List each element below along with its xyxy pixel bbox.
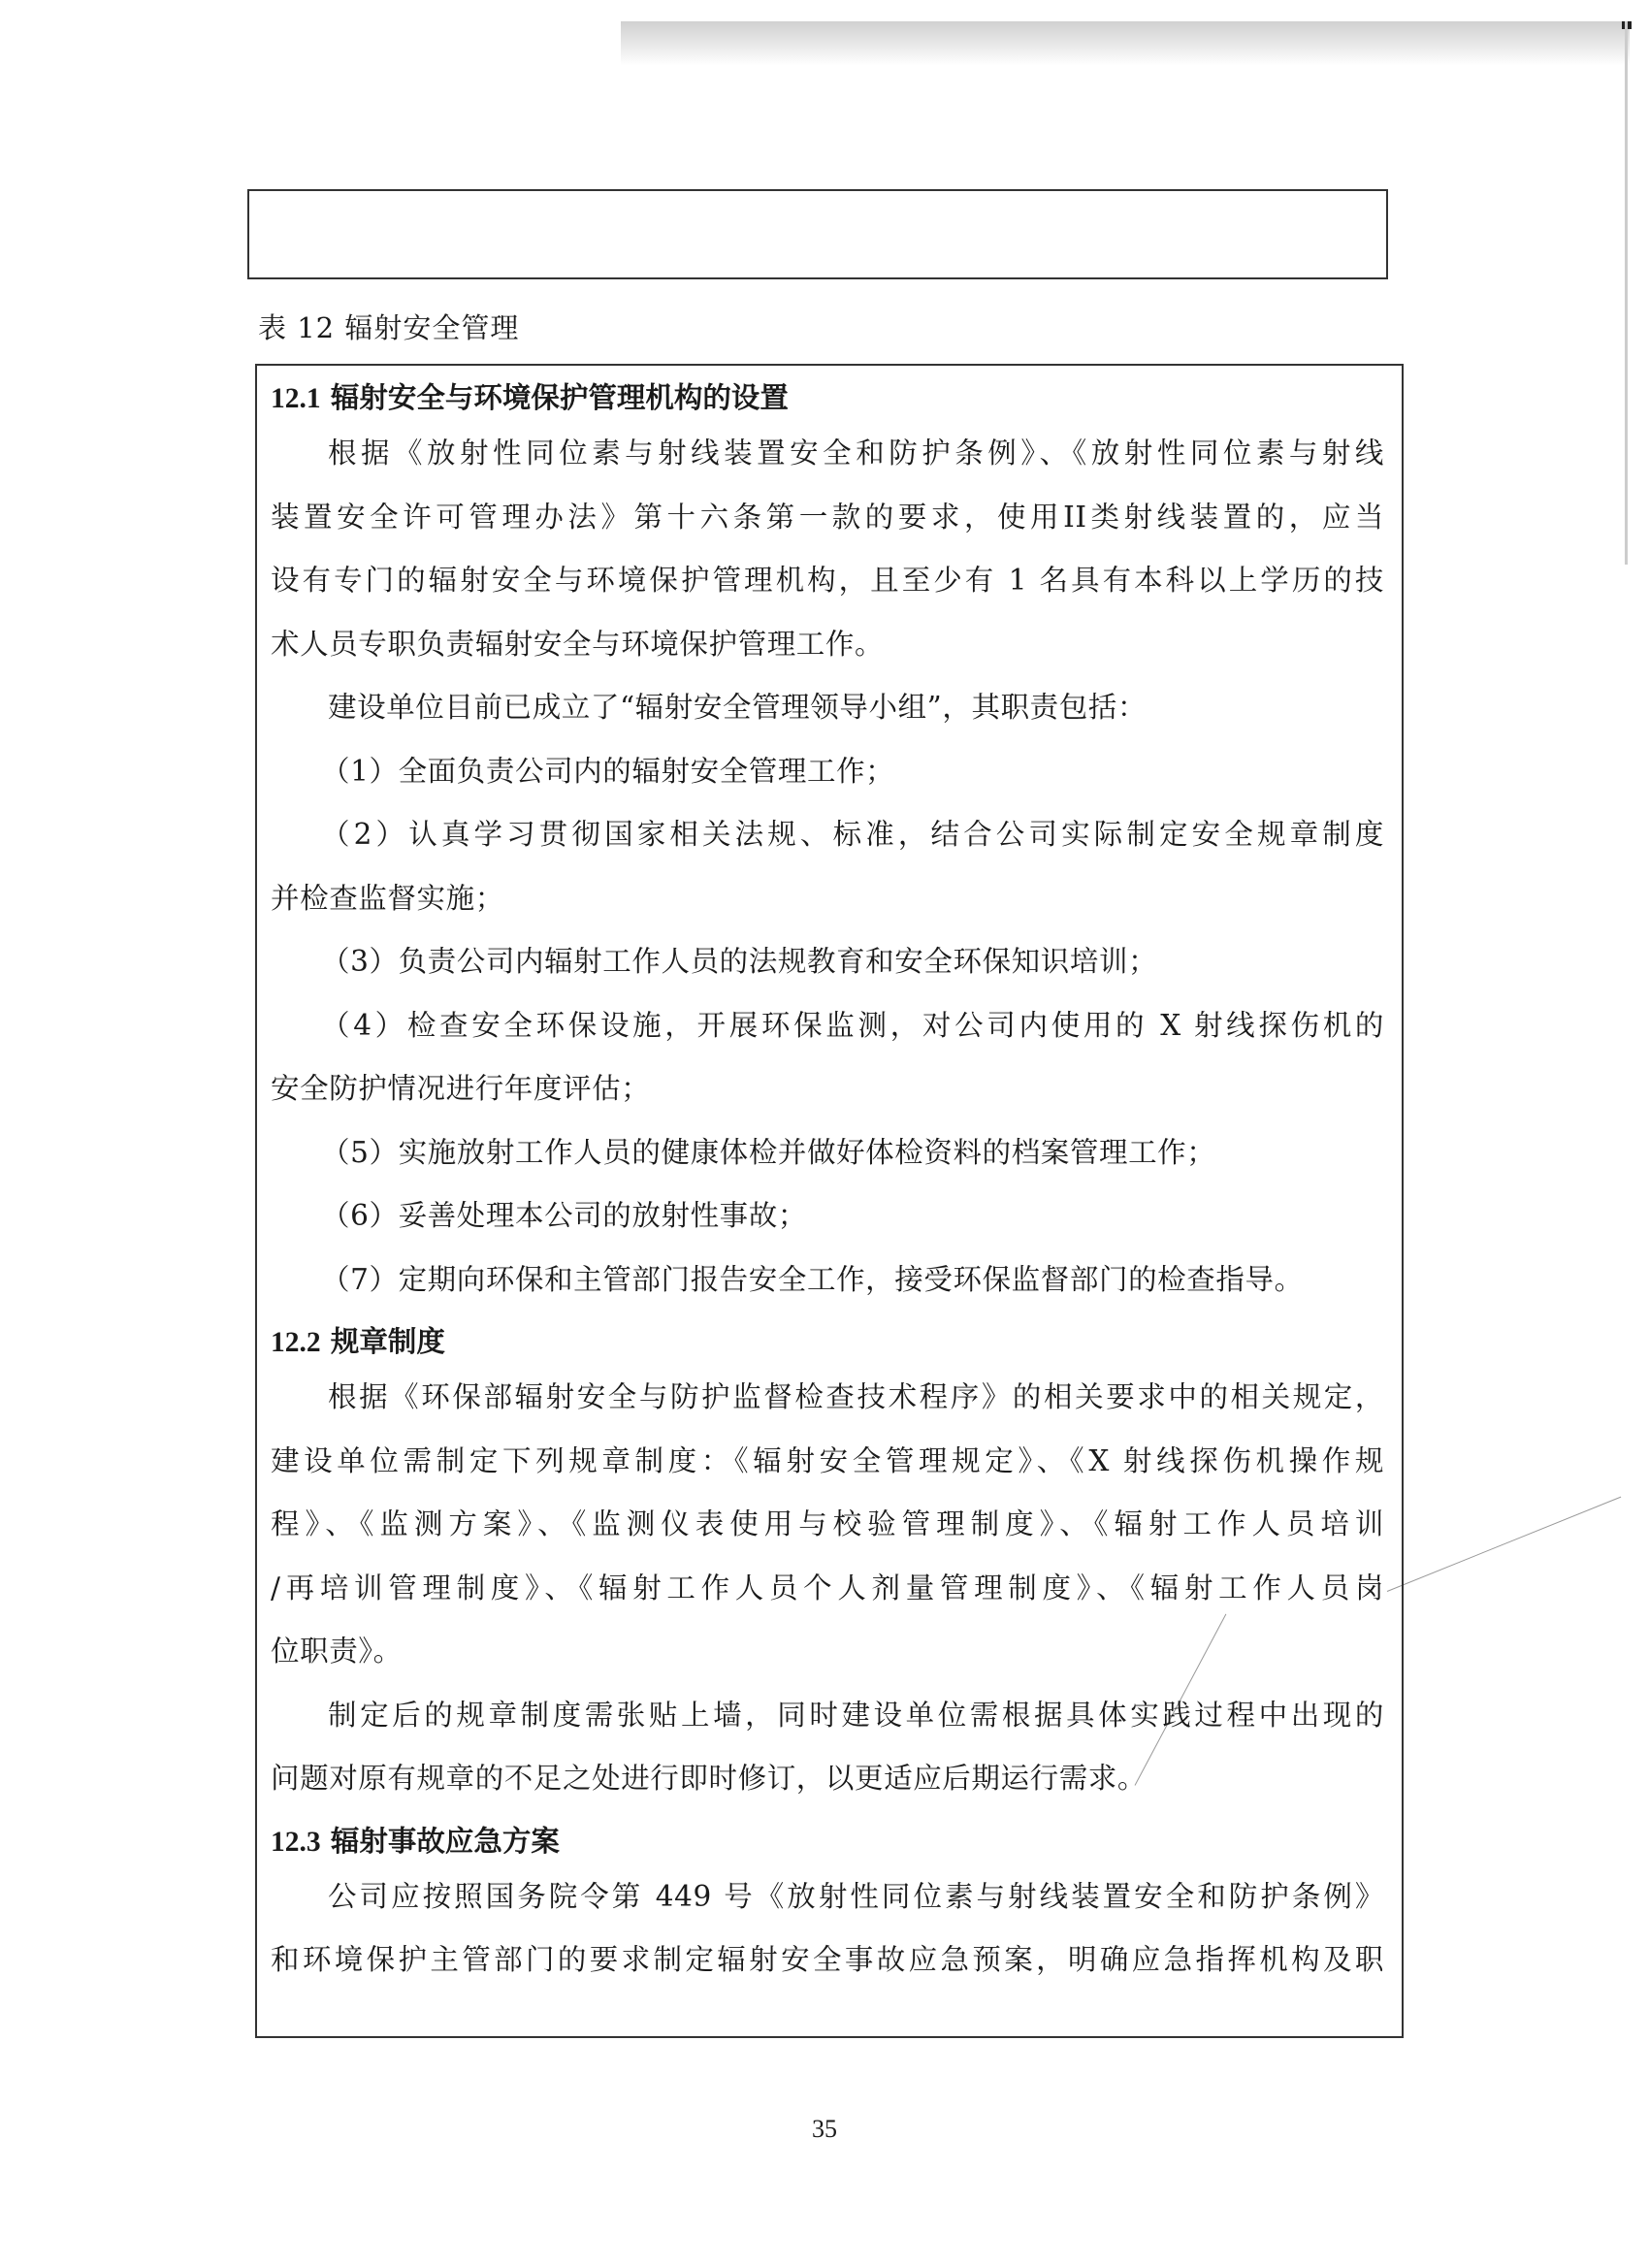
paragraph-line: /再培训管理制度》、《辐射工作人员个人剂量管理制度》、《辐射工作人员岗 xyxy=(271,1557,1392,1621)
duty-item-7: （7）定期向环保和主管部门报告安全工作，接受环保监督部门的检查指导。 xyxy=(271,1248,1392,1312)
previous-table-continuation-box xyxy=(247,189,1388,279)
duty-item-2: （2）认真学习贯彻国家相关法规、标准，结合公司实际制定安全规章制度 xyxy=(271,803,1392,867)
section-title: 辐射事故应急方案 xyxy=(331,1824,560,1858)
table-title-prefix: 表 12 xyxy=(258,311,335,344)
scan-shadow xyxy=(621,21,1630,66)
section-number: 12.1 xyxy=(271,383,321,414)
section-number: 12.2 xyxy=(271,1327,321,1358)
paragraph-line: 建设单位需制定下列规章制度：《辐射安全管理规定》、《X 射线探伤机操作规 xyxy=(271,1430,1392,1494)
paragraph-line: 装置安全许可管理办法》第十六条第一款的要求，使用II类射线装置的，应当 xyxy=(271,486,1392,550)
paragraph-line: 位职责》。 xyxy=(271,1620,1392,1684)
paragraph-line: 术人员专职负责辐射安全与环境保护管理工作。 xyxy=(271,613,1392,677)
pen-mark xyxy=(1387,1497,1621,1592)
scan-edge xyxy=(1625,21,1628,565)
duty-item-2-cont: 并检查监督实施； xyxy=(271,867,1392,931)
duty-item-1: （1）全面负责公司内的辐射安全管理工作； xyxy=(271,740,1392,804)
paragraph-line: 制定后的规章制度需张贴上墙，同时建设单位需根据具体实践过程中出现的 xyxy=(271,1684,1392,1748)
paragraph-line: 和环境保护主管部门的要求制定辐射安全事故应急预案，明确应急指挥机构及职 xyxy=(271,1928,1392,1993)
paragraph-line: 根据《环保部辐射安全与防护监督检查技术程序》的相关要求中的相关规定， xyxy=(271,1366,1392,1430)
paragraph-line: 设有专门的辐射安全与环境保护管理机构，且至少有 1 名具有本科以上学历的技 xyxy=(271,549,1392,613)
section-title: 辐射安全与环境保护管理机构的设置 xyxy=(331,380,789,414)
section-heading-12-1: 12.1 辐射安全与环境保护管理机构的设置 xyxy=(271,373,1392,422)
duty-item-5: （5）实施放射工作人员的健康体检并做好体检资料的档案管理工作； xyxy=(271,1121,1392,1185)
paragraph-line: 根据《放射性同位素与射线装置安全和防护条例》、《放射性同位素与射线 xyxy=(271,422,1392,486)
section-title: 规章制度 xyxy=(331,1324,445,1358)
duty-item-4-cont: 安全防护情况进行年度评估； xyxy=(271,1057,1392,1121)
radiation-safety-table: 12.1 辐射安全与环境保护管理机构的设置 根据《放射性同位素与射线装置安全和防… xyxy=(255,364,1404,2038)
paragraph-line: 问题对原有规章的不足之处进行即时修订，以更适应后期运行需求。 xyxy=(271,1747,1392,1811)
section-heading-12-3: 12.3 辐射事故应急方案 xyxy=(271,1817,1392,1865)
duty-item-3: （3）负责公司内辐射工作人员的法规教育和安全环保知识培训； xyxy=(271,930,1392,994)
table-title-text: 辐射安全管理 xyxy=(344,311,519,344)
section-number: 12.3 xyxy=(271,1827,321,1858)
duty-item-6: （6）妥善处理本公司的放射性事故； xyxy=(271,1184,1392,1248)
paragraph-line: 建设单位目前已成立了“辐射安全管理领导小组”，其职责包括： xyxy=(271,676,1392,740)
duty-item-4: （4）检查安全环保设施，开展环保监测，对公司内使用的 X 射线探伤机的 xyxy=(271,994,1392,1058)
section-heading-12-2: 12.2 规章制度 xyxy=(271,1317,1392,1366)
paragraph-line: 公司应按照国务院令第 449 号《放射性同位素与射线装置安全和防护条例》 xyxy=(271,1865,1392,1929)
page-number: 35 xyxy=(0,2115,1649,2144)
paragraph-line: 程》、《监测方案》、《监测仪表使用与校验管理制度》、《辐射工作人员培训 xyxy=(271,1493,1392,1557)
table-title: 表 12 辐射安全管理 xyxy=(258,307,519,346)
